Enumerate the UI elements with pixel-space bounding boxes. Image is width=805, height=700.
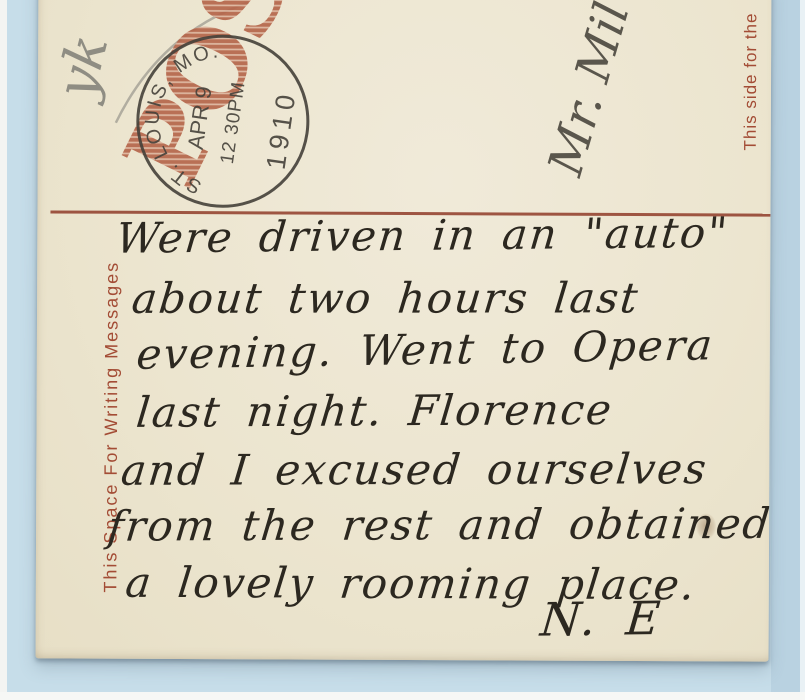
photo-bottom-border <box>0 692 805 700</box>
message-line: Were driven in an "auto" <box>114 208 731 263</box>
message-line: last night. Florence <box>134 385 615 437</box>
postmark-year: 1910 <box>261 88 302 172</box>
post-brand-text: POST <box>100 0 348 204</box>
postcard: POST ST. LOUIS, MO. APR 9 12 30PM 1910 T… <box>36 0 772 662</box>
message-line: and I excused ourselves <box>119 444 710 495</box>
photo-left-border <box>0 0 7 700</box>
message-line: from the rest and obtained <box>106 499 772 551</box>
message-line: evening. Went to Opera <box>135 320 717 379</box>
message-line: about two hours last <box>130 273 642 322</box>
photo-right-border <box>800 0 805 700</box>
signature: N. E <box>538 591 665 647</box>
postcard-photo: POST ST. LOUIS, MO. APR 9 12 30PM 1910 T… <box>0 0 805 700</box>
photo-right-shade-band <box>771 0 800 700</box>
address-side-label: This side for the <box>741 12 762 150</box>
